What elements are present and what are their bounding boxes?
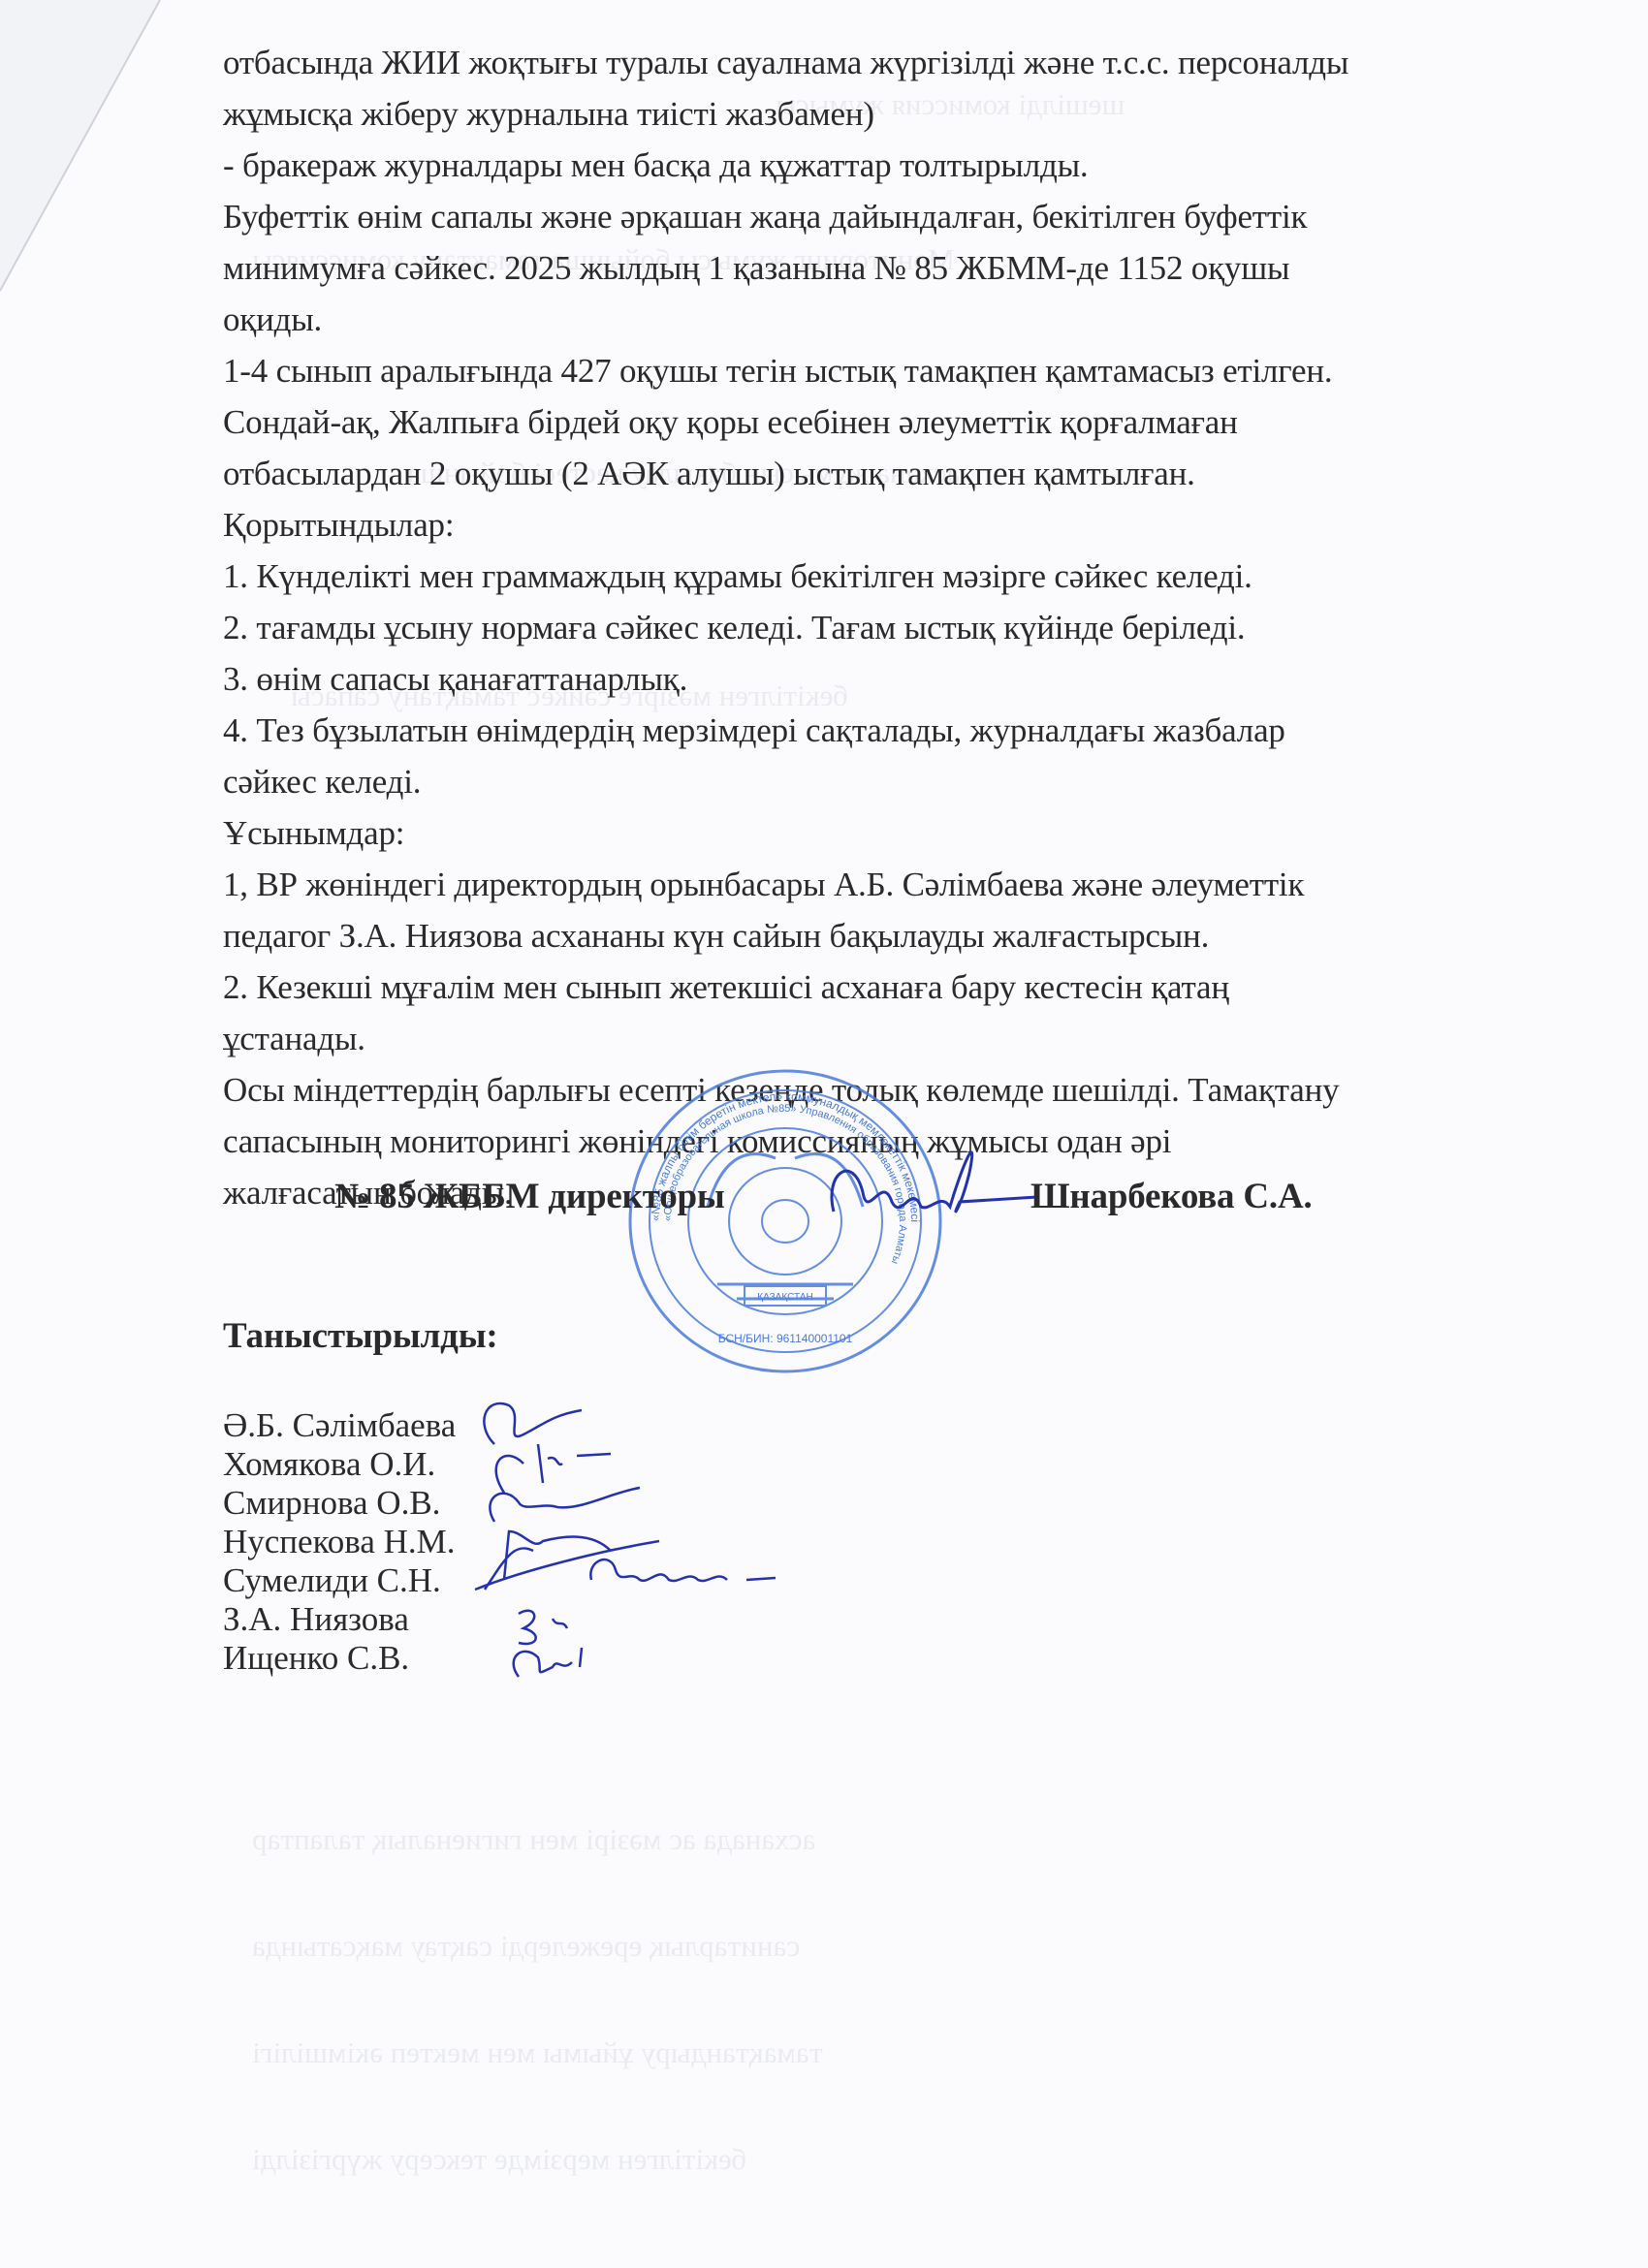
acknowledged-name: Нуспекова Н.М. — [223, 1523, 456, 1561]
acknowledged-name: Ищенко С.В. — [223, 1639, 409, 1678]
body-line: Сондай-ақ, Жалпыға бірдей оқу қоры есебі… — [223, 396, 1238, 448]
section-heading-conclusions: Қорытындылар: — [223, 499, 454, 551]
acknowledged-name: З.А. Ниязова — [223, 1600, 409, 1639]
body-line: 2. тағамды ұсыну нормаға сәйкес келеді. … — [223, 602, 1245, 653]
director-position: № 85 ЖББМ директоры — [334, 1171, 725, 1222]
acknowledged-name: Ә.Б. Сәлімбаева — [223, 1406, 456, 1445]
body-line: ұстанады. — [223, 1013, 365, 1064]
body-line: 3. өнім сапасы қанағаттанарлық. — [223, 653, 687, 705]
director-name: Шнарбекова С.А. — [1030, 1171, 1313, 1222]
body-line: 1, ВР жөніндегі директордың орынбасары А… — [223, 859, 1304, 910]
acknowledged-heading: Таныстырылды: — [223, 1310, 498, 1362]
staff-signatures — [465, 1386, 969, 1696]
director-signature — [814, 1115, 1047, 1250]
body-line: минимумға сәйкес. 2025 жылдың 1 қазанына… — [223, 242, 1289, 294]
body-line: 4. Тез бұзылатын өнімдердің мерзімдері с… — [223, 705, 1285, 756]
body-line: педагог З.А. Ниязова асхананы күн сайын … — [223, 910, 1209, 961]
body-line: 2. Кезекші мұғалім мен сынып жетекшісі а… — [223, 961, 1229, 1013]
body-line: жұмысқа жіберу журналына тиісті жазбамен… — [223, 88, 874, 140]
acknowledged-name: Смирнова О.В. — [223, 1484, 440, 1523]
body-line: 1. Күнделікті мен граммаждың құрамы бекі… — [223, 551, 1252, 602]
stamp-center-label: ҚАЗАҚСТАН — [757, 1292, 812, 1303]
body-line: - бракераж журналдары мен басқа да құжат… — [223, 140, 1088, 191]
document-page: шешілді комиссия жұмысы Мониторинг жұмыс… — [0, 0, 1648, 2268]
section-heading-recommendations: Ұсынымдар: — [223, 807, 404, 859]
body-line: сәйкес келеді. — [223, 756, 421, 807]
stamp-bin: БСН/БИН: 961140001101 — [718, 1332, 853, 1345]
acknowledged-name: Хомякова О.И. — [223, 1445, 435, 1484]
body-line: оқиды. — [223, 294, 322, 345]
body-line: отбасылардан 2 оқушы (2 АӘК алушы) ыстық… — [223, 448, 1195, 499]
body-line: 1-4 сынып аралығында 427 оқушы тегін ыст… — [223, 345, 1332, 396]
body-line: Буфеттік өнім сапалы және әрқашан жаңа д… — [223, 191, 1307, 242]
acknowledged-name: Сумелиди С.Н. — [223, 1561, 441, 1600]
body-line: отбасында ЖИИ жоқтығы туралы сауалнама ж… — [223, 37, 1348, 88]
